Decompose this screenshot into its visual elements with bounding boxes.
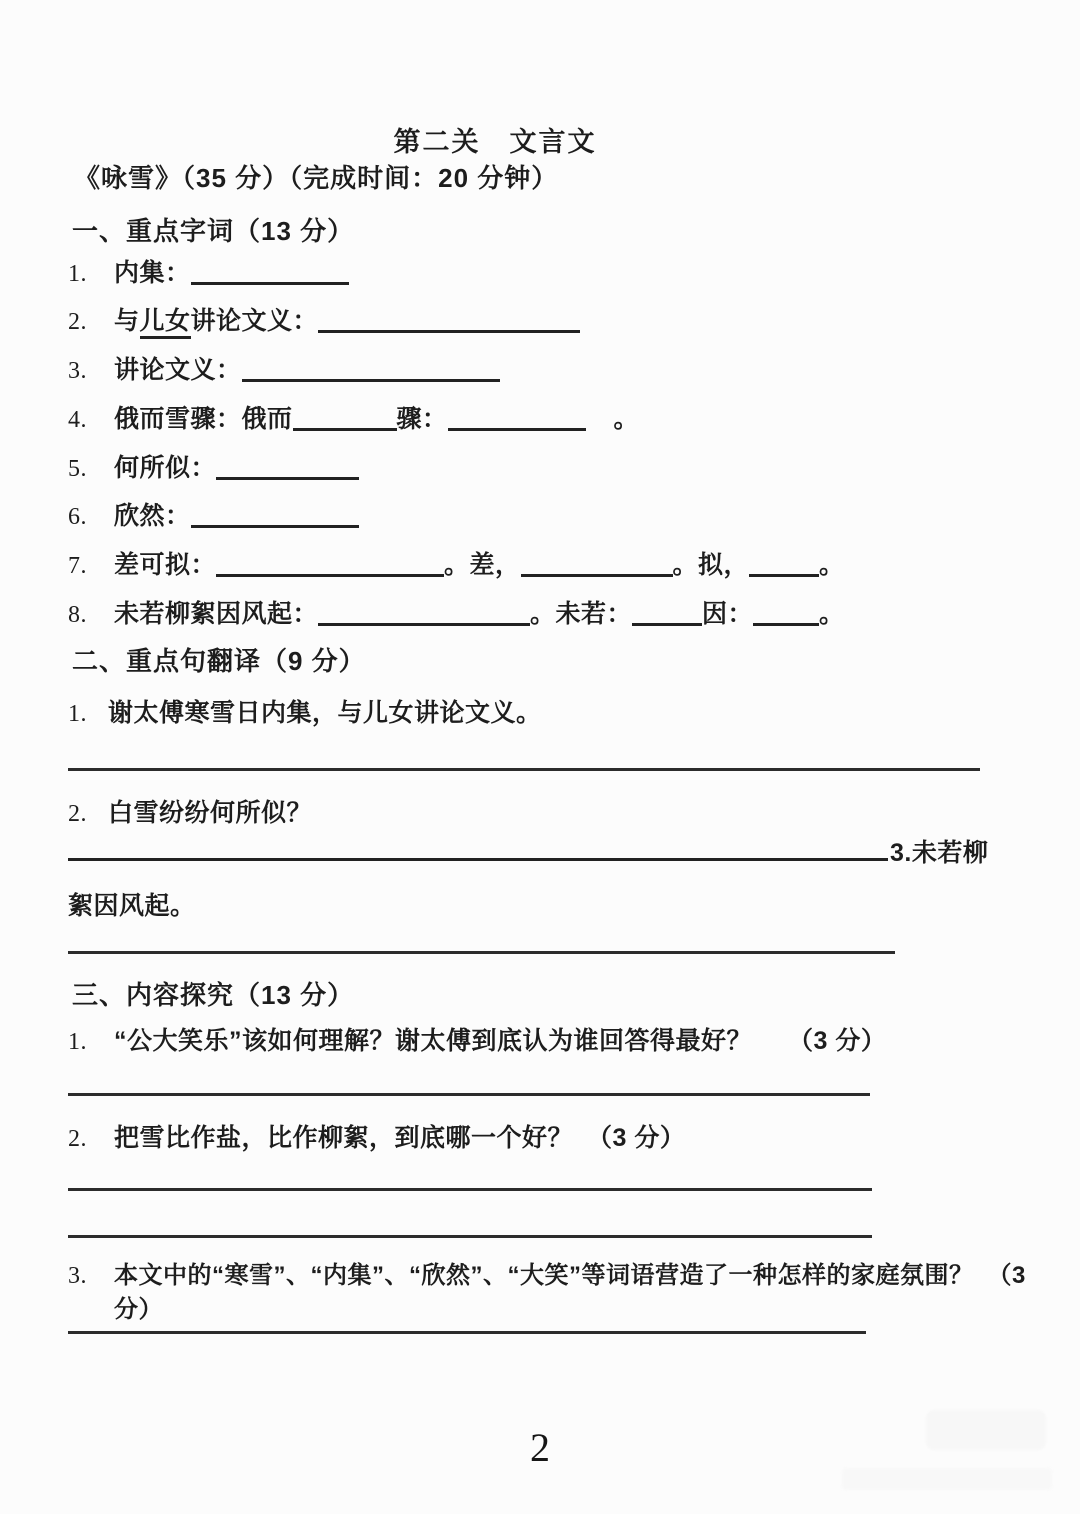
item-number: 3. bbox=[68, 1259, 114, 1293]
section-exploration-heading: 三、内容探究（13 分） bbox=[72, 975, 354, 1012]
worksheet-page: 第二关 文言文 《咏雪》（35 分）（完成时间：20 分钟） 一、重点字词（13… bbox=[0, 0, 1080, 1514]
item-text: 。 bbox=[614, 405, 640, 433]
word-item-6: 6. 欣然： bbox=[68, 499, 1040, 534]
translation-item-2: 2. 白雪纷纷何所似？ bbox=[68, 796, 1040, 831]
word-item-8: 8. 未若柳絮因风起：。未若：因：。 bbox=[68, 597, 1040, 632]
answer-line[interactable] bbox=[68, 1331, 866, 1334]
answer-line[interactable] bbox=[68, 1188, 872, 1191]
item-number: 1. bbox=[68, 1025, 114, 1059]
question-text: 谢太傅寒雪日内集，与儿女讲论文义。 bbox=[108, 696, 542, 730]
answer-line[interactable] bbox=[68, 1093, 870, 1096]
section-translation-heading: 二、重点句翻译（9 分） bbox=[72, 641, 366, 678]
item-number: 3. bbox=[68, 354, 114, 388]
question-text-tail: 3.未若柳 bbox=[890, 836, 988, 870]
item-text: 差可拟： bbox=[114, 551, 216, 579]
answer-line[interactable] bbox=[68, 840, 888, 861]
word-item-5: 5. 何所似： bbox=[68, 451, 1040, 486]
item-text: 。 bbox=[819, 600, 845, 628]
answer-line[interactable] bbox=[68, 951, 895, 954]
item-number: 6. bbox=[68, 500, 114, 534]
word-item-1: 1. 内集： bbox=[68, 256, 1040, 291]
item-number: 7. bbox=[68, 549, 114, 583]
item-text: 讲论文义： bbox=[114, 356, 242, 384]
item-number: 1. bbox=[68, 257, 114, 291]
answer-blank[interactable] bbox=[242, 361, 500, 382]
answer-line[interactable] bbox=[68, 768, 980, 771]
page-number: 2 bbox=[0, 1424, 1080, 1471]
exploration-item-3: 3. 本文中的“寒雪”、“内集”、“欣然”、“大笑”等词语营造了一种怎样的家庭氛… bbox=[68, 1259, 1040, 1327]
question-text: 絮因风起。 bbox=[68, 889, 196, 923]
item-number: 2. bbox=[68, 305, 114, 339]
word-item-7: 7. 差可拟：。差，。拟，。 bbox=[68, 548, 1040, 583]
item-text: 内集： bbox=[114, 259, 191, 287]
translation-item-3-start: 3.未若柳 bbox=[68, 836, 1040, 870]
translation-item-3-continuation: 絮因风起。 bbox=[68, 889, 1040, 923]
score-label: （3 分） bbox=[587, 1124, 685, 1152]
answer-blank[interactable] bbox=[191, 264, 349, 285]
item-text: 。 bbox=[819, 551, 845, 579]
item-text: 俄而雪骤：俄而 bbox=[114, 405, 293, 433]
item-number: 4. bbox=[68, 403, 114, 437]
answer-line[interactable] bbox=[68, 1235, 872, 1238]
item-number: 1. bbox=[68, 697, 108, 731]
word-item-4: 4. 俄而雪骤：俄而骤：。 bbox=[68, 402, 1040, 437]
item-text: 。拟， bbox=[673, 551, 750, 579]
word-item-2: 2. 与儿女讲论文义： bbox=[68, 304, 1040, 339]
item-text: 讲论文义： bbox=[191, 307, 319, 335]
underlined-term: 儿女 bbox=[140, 307, 191, 339]
answer-blank[interactable] bbox=[318, 605, 530, 626]
watermark-text bbox=[842, 1468, 1052, 1490]
exploration-item-1: 1. “公大笑乐”该如何理解？谢太傅到底认为谁回答得最好？（3 分） bbox=[68, 1024, 1040, 1059]
answer-blank[interactable] bbox=[318, 312, 580, 333]
item-text: 。差， bbox=[444, 551, 521, 579]
question-text: 白雪纷纷何所似？ bbox=[108, 796, 312, 830]
word-item-3: 3. 讲论文义： bbox=[68, 353, 1040, 388]
translation-item-1: 1. 谢太傅寒雪日内集，与儿女讲论文义。 bbox=[68, 696, 1040, 731]
answer-blank[interactable] bbox=[216, 459, 359, 480]
question-text: 把雪比作盐，比作柳絮，到底哪一个好？ bbox=[114, 1124, 573, 1152]
item-text: 因： bbox=[702, 600, 753, 628]
item-text: 。未若： bbox=[530, 600, 632, 628]
item-text: 骤： bbox=[397, 405, 448, 433]
page-subtitle: 《咏雪》（35 分）（完成时间：20 分钟） bbox=[74, 158, 558, 195]
answer-blank[interactable] bbox=[216, 556, 444, 577]
answer-blank[interactable] bbox=[521, 556, 673, 577]
answer-blank[interactable] bbox=[753, 605, 819, 626]
item-number: 2. bbox=[68, 797, 108, 831]
question-text: “公大笑乐”该如何理解？谢太傅到底认为谁回答得最好？ bbox=[114, 1027, 752, 1055]
section-words-heading: 一、重点字词（13 分） bbox=[72, 211, 354, 248]
page-title: 第二关 文言文 bbox=[0, 120, 990, 159]
item-number: 2. bbox=[68, 1122, 114, 1156]
item-number: 5. bbox=[68, 452, 114, 486]
answer-blank[interactable] bbox=[632, 605, 702, 626]
exploration-item-2: 2. 把雪比作盐，比作柳絮，到底哪一个好？（3 分） bbox=[68, 1121, 1040, 1156]
answer-blank[interactable] bbox=[191, 507, 359, 528]
score-label: （3 分） bbox=[788, 1027, 886, 1055]
item-text: 与 bbox=[114, 307, 140, 335]
item-number: 8. bbox=[68, 598, 114, 632]
answer-blank[interactable] bbox=[293, 410, 397, 431]
question-text: 本文中的“寒雪”、“内集”、“欣然”、“大笑”等词语营造了一种怎样的家庭氛围？ bbox=[114, 1262, 974, 1289]
item-text: 未若柳絮因风起： bbox=[114, 600, 318, 628]
answer-blank[interactable] bbox=[448, 410, 586, 431]
answer-blank[interactable] bbox=[749, 556, 819, 577]
item-text: 何所似： bbox=[114, 454, 216, 482]
item-text: 欣然： bbox=[114, 502, 191, 530]
